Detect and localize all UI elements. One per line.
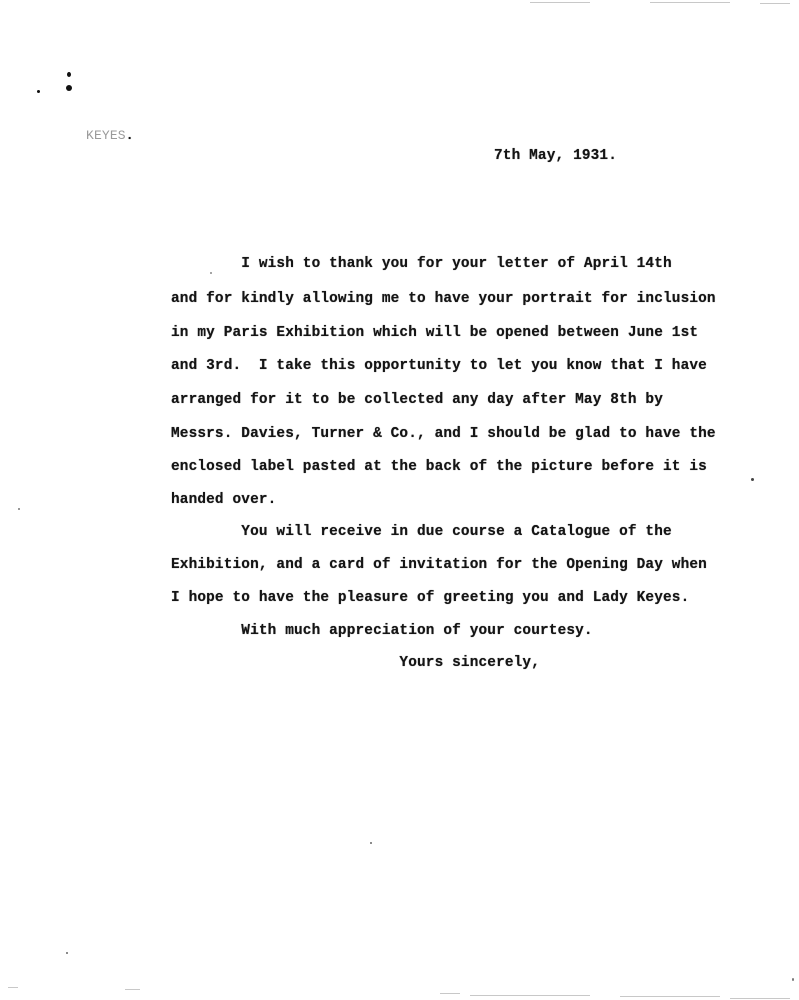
ink-speck bbox=[18, 508, 20, 510]
ink-speck bbox=[751, 478, 754, 481]
scan-artifact bbox=[730, 998, 790, 999]
body-line: You will receive in due course a Catalog… bbox=[171, 524, 672, 540]
body-line: I hope to have the pleasure of greeting … bbox=[171, 590, 689, 606]
body-line: arranged for it to be collected any day … bbox=[171, 392, 663, 408]
reference-period: . bbox=[126, 128, 134, 143]
ink-speck bbox=[370, 842, 372, 844]
body-line: and for kindly allowing me to have your … bbox=[171, 291, 716, 307]
ink-speck bbox=[66, 85, 72, 91]
reference-name: KEYES bbox=[86, 128, 126, 143]
closing-line: With much appreciation of your courtesy. bbox=[171, 623, 593, 639]
scan-artifact bbox=[760, 3, 790, 4]
body-line: Messrs. Davies, Turner & Co., and I shou… bbox=[171, 426, 716, 442]
scan-artifact bbox=[650, 2, 730, 3]
ink-speck bbox=[66, 952, 68, 954]
ink-speck bbox=[210, 272, 212, 274]
scan-artifact bbox=[530, 2, 590, 3]
scan-artifact bbox=[440, 993, 460, 994]
letter-page: KEYES. 7th May, 1931. I wish to thank yo… bbox=[0, 0, 799, 1000]
body-line: handed over. bbox=[171, 492, 276, 508]
scan-artifact bbox=[620, 996, 720, 997]
scan-artifact bbox=[125, 989, 140, 990]
letter-date: 7th May, 1931. bbox=[494, 148, 617, 164]
body-line: Exhibition, and a card of invitation for… bbox=[171, 557, 707, 573]
signoff: Yours sincerely, bbox=[171, 655, 540, 671]
scan-artifact bbox=[8, 987, 18, 988]
body-line: enclosed label pasted at the back of the… bbox=[171, 459, 707, 475]
ink-speck bbox=[37, 90, 40, 93]
body-line: and 3rd. I take this opportunity to let … bbox=[171, 358, 707, 374]
ink-speck bbox=[792, 978, 794, 981]
reference-heading: KEYES. bbox=[86, 128, 134, 143]
body-line: in my Paris Exhibition which will be ope… bbox=[171, 325, 698, 341]
scan-artifact bbox=[470, 995, 590, 996]
ink-speck bbox=[67, 72, 71, 77]
body-line: I wish to thank you for your letter of A… bbox=[171, 256, 672, 272]
